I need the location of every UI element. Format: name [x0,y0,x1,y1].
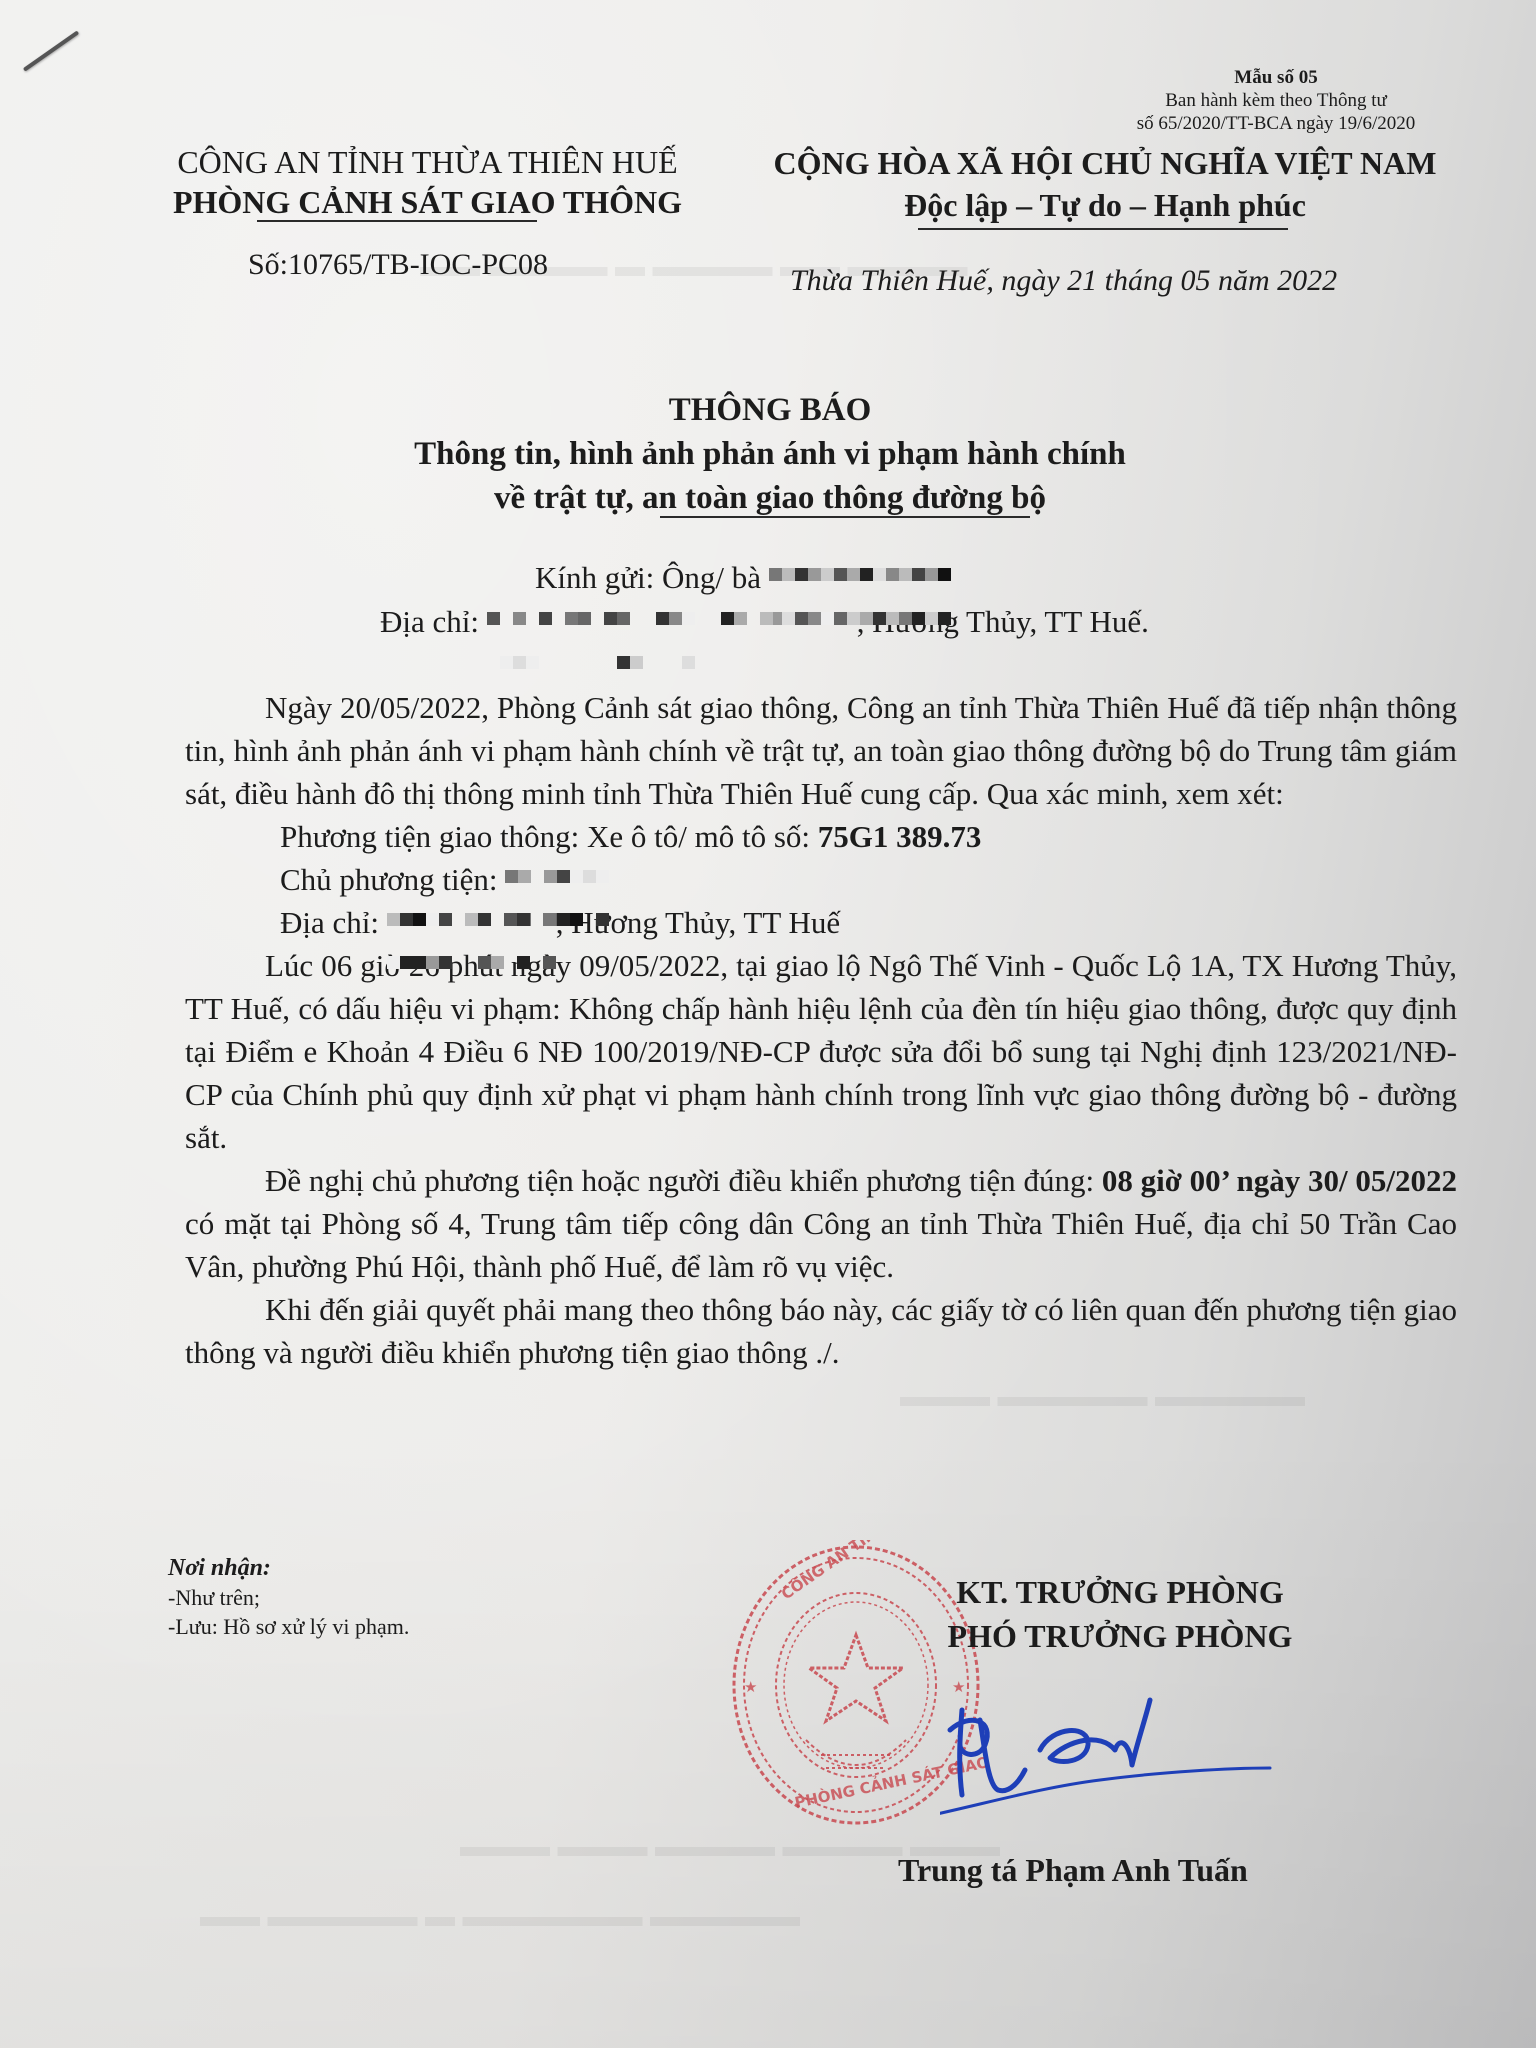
form-circular: số 65/2020/TT-BCA ngày 19/6/2020 [1086,112,1466,135]
document-number: Số:10765/TB-IOC-PC08 [248,248,548,282]
title-line1: Thông tin, hình ảnh phản ánh vi phạm hàn… [300,432,1240,476]
motto-underline [918,228,1288,230]
title-line2: về trật tự, an toàn giao thông đường bộ [300,476,1240,520]
appointment-time: 08 giờ 00’ ngày 30/ 05/2022 [1102,1163,1457,1198]
vehicle-line: Phương tiện giao thông: Xe ô tô/ mô tô s… [185,815,1457,858]
handwritten-signature-icon [940,1690,1280,1830]
title-main: THÔNG BÁO [300,388,1240,432]
signature-line2: PHÓ TRƯỞNG PHÒNG [880,1614,1360,1658]
agency-unit: PHÒNG CẢNH SÁT GIAO THÔNG [140,182,715,222]
paragraph-violation: Lúc 06 giờ 26 phút ngày 09/05/2022, tại … [185,944,1457,1159]
header-underline [257,220,537,222]
signer-name: Trung tá Phạm Anh Tuấn [898,1852,1248,1889]
nation-motto: Độc lập – Tự do – Hạnh phúc [740,184,1470,226]
title-underline [660,516,1030,518]
salutation-label: Kính gửi: Ông/ bà [535,560,761,595]
signature-line1: KT. TRƯỞNG PHÒNG [880,1570,1360,1614]
redacted-owner-address [387,913,556,939]
paragraph-appointment: Đề nghị chủ phương tiện hoặc người điều … [185,1159,1457,1288]
agency-header: CÔNG AN TỈNH THỪA THIÊN HUẾ PHÒNG CẢNH S… [140,142,715,222]
appointment-prefix: Đề nghị chủ phương tiện hoặc người điều … [265,1163,1102,1198]
signature-title-block: KT. TRƯỞNG PHÒNG PHÓ TRƯỞNG PHÒNG [880,1570,1360,1658]
owner-line: Chủ phương tiện: [185,858,1457,901]
receiver-item: -Như trên; [168,1583,409,1612]
license-plate: 75G1 389.73 [818,819,982,854]
notice-body: Ngày 20/05/2022, Phòng Cảnh sát giao thô… [185,686,1457,1374]
bleed-through: ▬▬ ▬▬▬▬▬ ▬ ▬▬▬▬▬▬ ▬▬▬▬▬ [200,1900,800,1934]
redacted-owner [505,870,609,896]
paragraph-received: Ngày 20/05/2022, Phòng Cảnh sát giao thô… [185,686,1457,815]
notice-title: THÔNG BÁO Thông tin, hình ảnh phản ánh v… [300,388,1240,520]
redacted-name [769,568,951,594]
place-date: Thừa Thiên Huế, ngày 21 tháng 05 năm 202… [790,264,1337,298]
staple-icon [23,31,79,72]
agency-parent: CÔNG AN TỈNH THỪA THIÊN HUẾ [140,142,715,182]
owner-address-line: Địa chỉ: , Hương Thủy, TT Huế [185,901,1457,944]
vehicle-label: Phương tiện giao thông: Xe ô tô/ mô tô s… [280,819,818,854]
recipient-block: Kính gửi: Ông/ bà Địa chỉ: , Hương Thủy,… [380,556,1149,644]
form-issued-with: Ban hành kèm theo Thông tư [1086,89,1466,112]
owner-label: Chủ phương tiện: [280,862,497,897]
receiver-item: -Lưu: Hồ sơ xử lý vi phạm. [168,1612,409,1641]
svg-text:★: ★ [744,1678,757,1696]
paragraph-documents: Khi đến giải quyết phải mang theo thông … [185,1288,1457,1374]
appointment-suffix: có mặt tại Phòng số 4, Trung tâm tiếp cô… [185,1206,1457,1284]
address-label: Địa chỉ: [380,604,479,639]
receivers-block: Nơi nhận: -Như trên; -Lưu: Hồ sơ xử lý v… [168,1554,409,1641]
form-number-block: Mẫu số 05 Ban hành kèm theo Thông tư số … [1086,66,1466,135]
nation-header: CỘNG HÒA XÃ HỘI CHỦ NGHĨA VIỆT NAM Độc l… [740,142,1470,226]
bleed-through: ▬▬▬ ▬▬▬▬▬ ▬▬▬▬▬ [900,1380,1305,1414]
redacted-address [487,612,857,638]
form-label: Mẫu số 05 [1086,66,1466,89]
receivers-heading: Nơi nhận: [168,1554,409,1583]
owner-address-label: Địa chỉ: [280,905,379,940]
nation-name: CỘNG HÒA XÃ HỘI CHỦ NGHĨA VIỆT NAM [740,142,1470,184]
